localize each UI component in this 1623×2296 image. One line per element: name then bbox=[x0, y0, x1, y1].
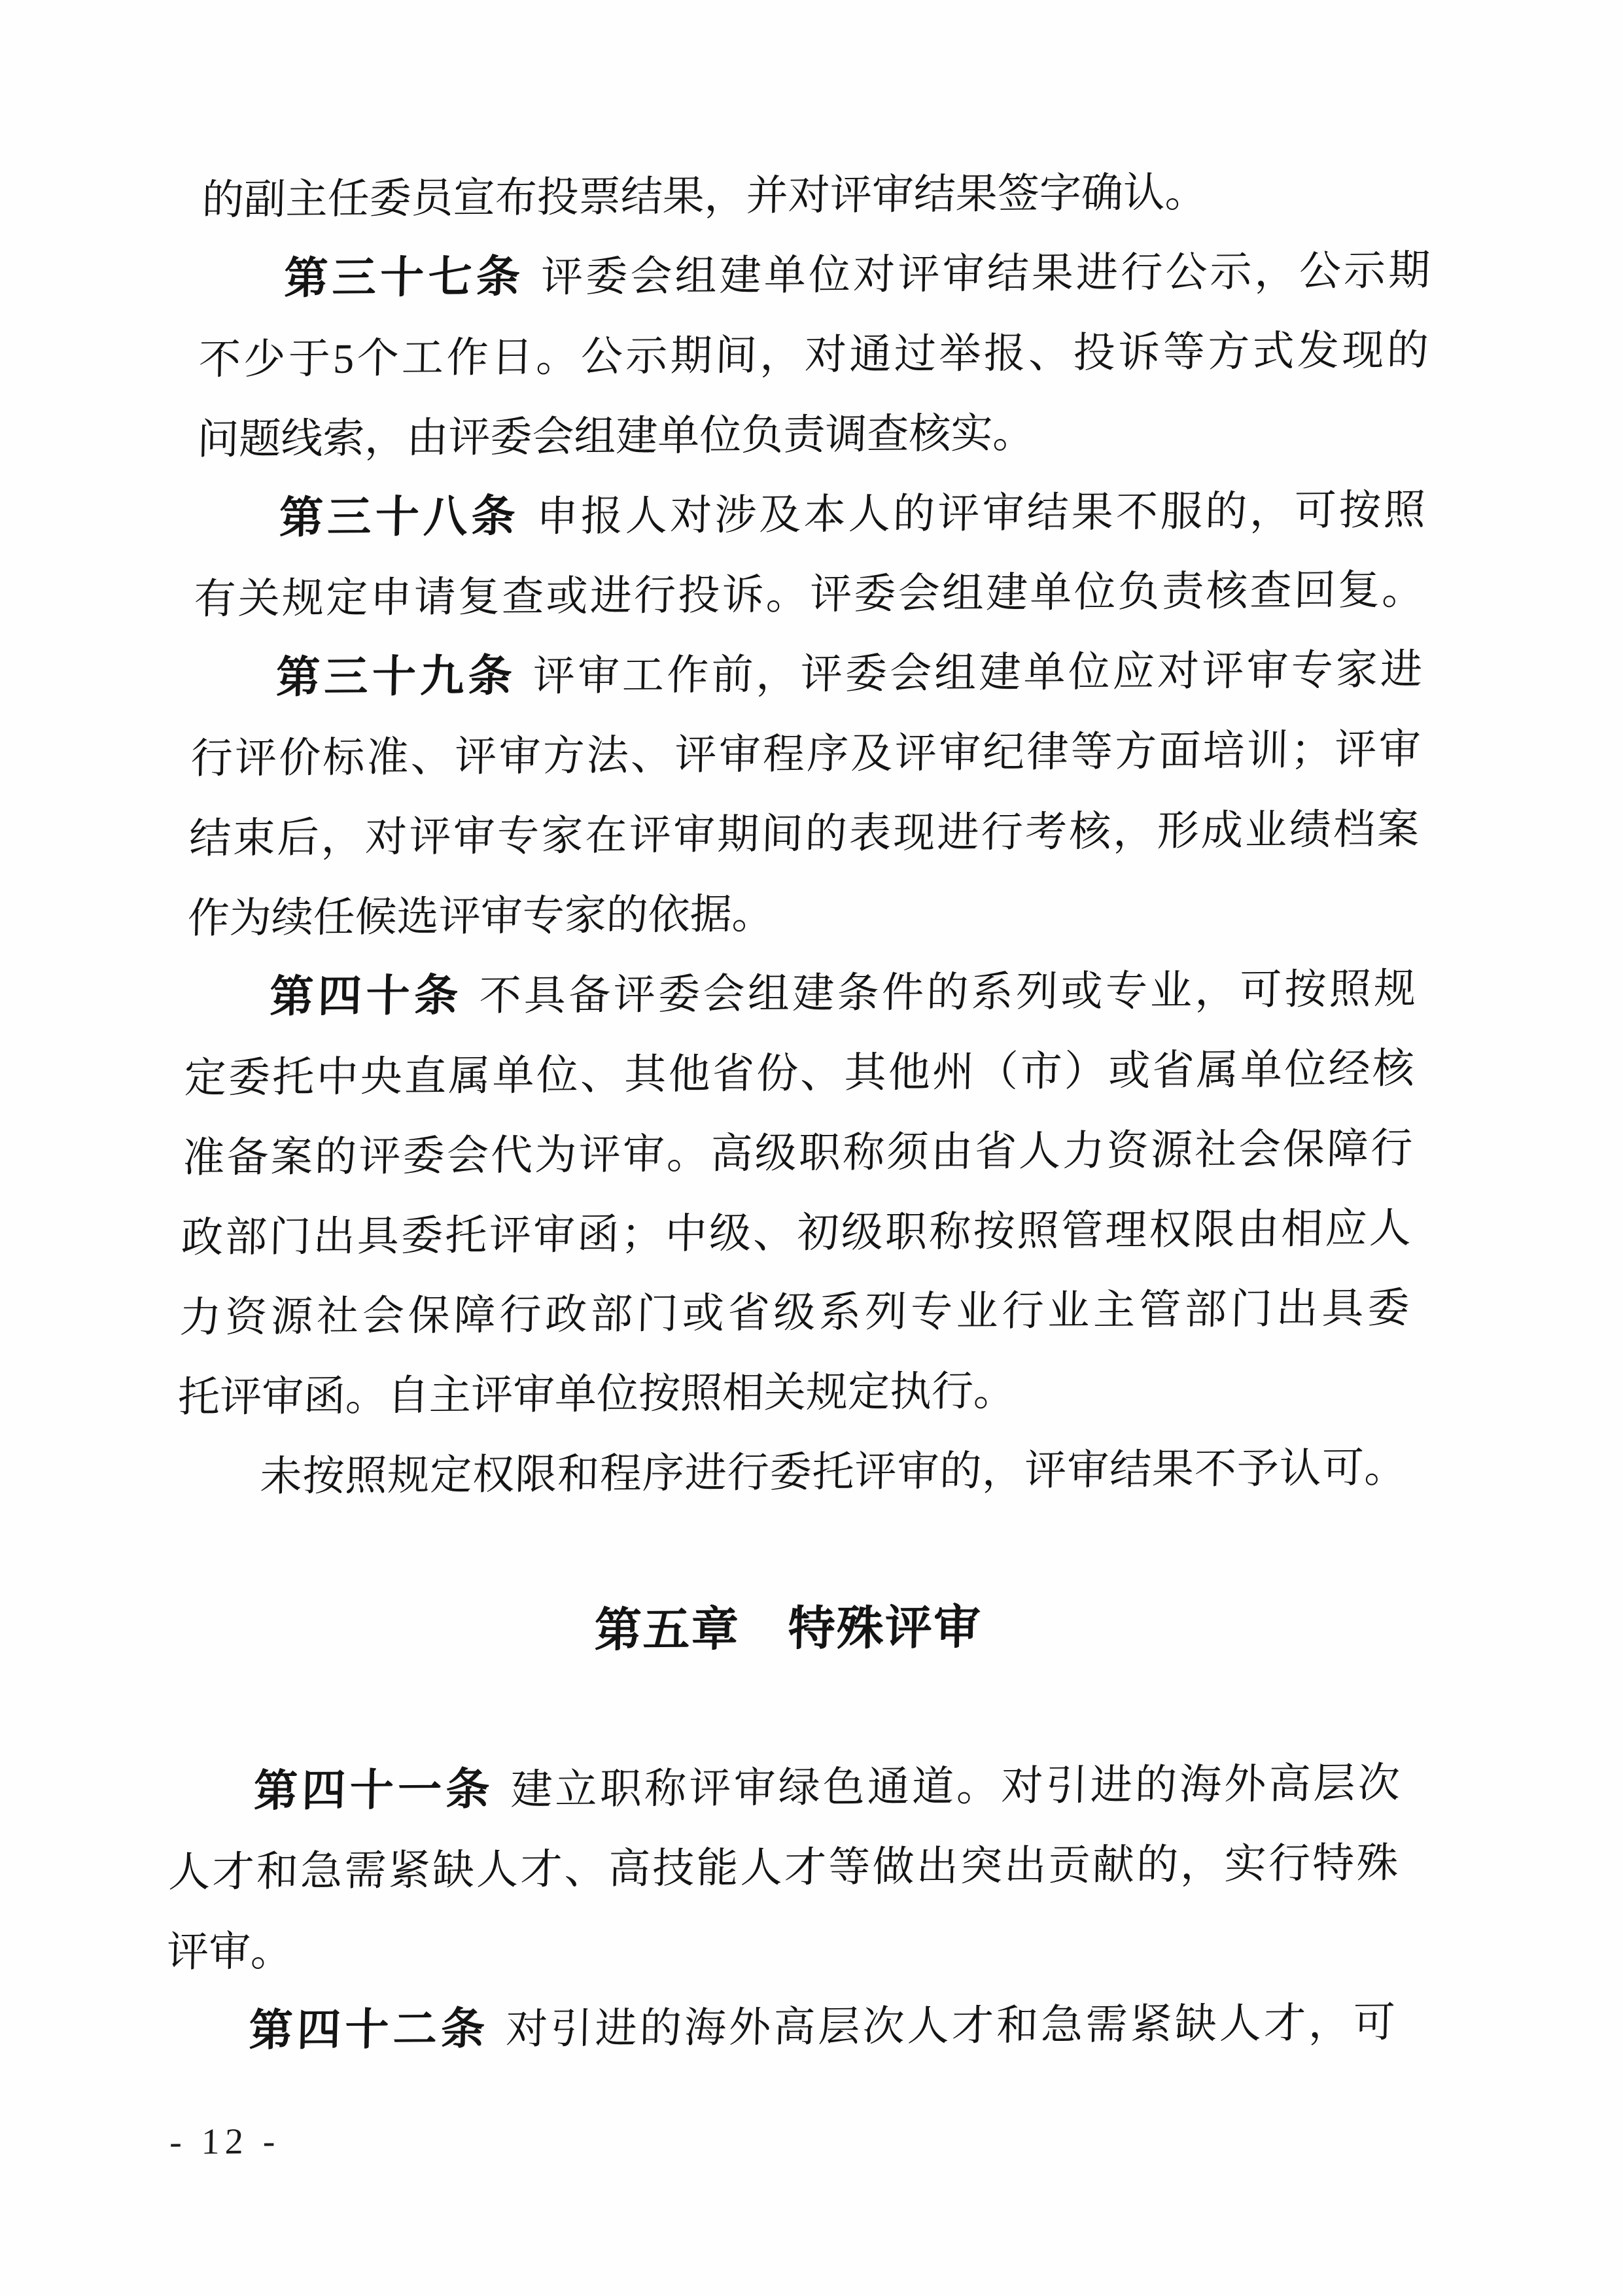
line-text: 对引进的海外高层次人才和急需紧缺人才，可 bbox=[506, 1999, 1396, 2053]
document-body: 的副主任委员宣布投票结果，并对评审结果签字确认。 第三十七条评委会组建单位对评审… bbox=[163, 150, 1433, 2163]
text-line: 准备案的评委会代为评审。高级职称须由省人力资源社会保障行 bbox=[182, 1108, 1413, 1198]
line-text: 政部门出具委托评审函；中级、初级职称按照管理权限由相应人 bbox=[181, 1205, 1411, 1261]
text-line: 第三十八条申报人对涉及本人的评审结果不服的，可按照 bbox=[195, 470, 1426, 559]
line-text: 建立职称评审绿色通道。对引进的海外高层次 bbox=[510, 1760, 1401, 1813]
text-line: 行评价标准、评审方法、评审程序及评审纪律等方面培训；评审 bbox=[190, 709, 1421, 799]
article-number: 第三十八条 bbox=[279, 492, 519, 543]
text-line: 问题线索，由评委会组建单位负责调查核实。 bbox=[196, 390, 1427, 479]
line-text: 未按照规定权限和程序进行委托评审的，评审结果不予认可。 bbox=[260, 1444, 1406, 1500]
text-line: 未按照规定权限和程序进行委托评审的，评审结果不予认可。 bbox=[175, 1427, 1406, 1517]
text-line: 评审。 bbox=[166, 1902, 1397, 1992]
line-text: 人才和急需紧缺人才、高技能人才等做出突出贡献的，实行特殊 bbox=[168, 1839, 1399, 1896]
text-line: 第四十二条对引进的海外高层次人才和急需紧缺人才，可 bbox=[164, 1982, 1395, 2072]
text-line: 托评审函。自主评审单位按照相关规定执行。 bbox=[177, 1348, 1408, 1437]
line-text: 准备案的评委会代为评审。高级职称须由省人力资源社会保障行 bbox=[183, 1125, 1413, 1181]
text-line: 不少于5个工作日。公示期间，对通过举报、投诉等方式发现的 bbox=[198, 310, 1429, 400]
article-number: 第三十七条 bbox=[284, 252, 525, 304]
line-text: 评审工作前，评委会组建单位应对评审专家进 bbox=[532, 646, 1423, 700]
text-line: 第四十条不具备评委会组建条件的系列或专业，可按照规 bbox=[185, 948, 1416, 1038]
line-text: 不具备评委会组建条件的系列或专业，可按照规 bbox=[479, 965, 1416, 1019]
text-line: 作为续任候选评审专家的依据。 bbox=[187, 869, 1418, 958]
text-line: 人才和急需紧缺人才、高技能人才等做出突出贡献的，实行特殊 bbox=[167, 1822, 1399, 1912]
line-text: 定委托中央直属单位、其他省份、其他州（市）或省属单位经核 bbox=[184, 1045, 1414, 1102]
line-text: 有关规定申请复查或进行投诉。评委会组建单位负责核查回复。 bbox=[194, 566, 1424, 623]
text-line: 的副主任委员宣布投票结果，并对评审结果签字确认。 bbox=[201, 150, 1433, 240]
text-line: 定委托中央直属单位、其他省份、其他州（市）或省属单位经核 bbox=[184, 1028, 1415, 1118]
article-number: 第三十九条 bbox=[275, 652, 516, 703]
line-text: 评委会组建单位对评审结果进行公示，公示期 bbox=[540, 247, 1431, 301]
article-number: 第四十一条 bbox=[253, 1765, 494, 1816]
page-number: - 12 - bbox=[163, 2112, 1393, 2163]
line-text: 作为续任候选评审专家的依据。 bbox=[187, 891, 774, 942]
text-line: 有关规定申请复查或进行投诉。评委会组建单位负责核查回复。 bbox=[193, 549, 1424, 639]
line-text: 托评审函。自主评审单位按照相关规定执行。 bbox=[177, 1368, 1015, 1421]
chapter-heading: 第五章 特殊评审 bbox=[173, 1584, 1404, 1674]
article-number: 第四十二条 bbox=[249, 2004, 489, 2055]
line-text: 申报人对涉及本人的评审结果不服的，可按照 bbox=[536, 487, 1426, 540]
text-line: 第四十一条建立职称评审绿色通道。对引进的海外高层次 bbox=[169, 1743, 1401, 1832]
text-line: 第三十九条评审工作前，评委会组建单位应对评审专家进 bbox=[192, 629, 1423, 719]
line-text: 评审。 bbox=[166, 1928, 292, 1975]
line-text: 的副主任委员宣布投票结果，并对评审结果签字确认。 bbox=[201, 169, 1207, 223]
text-line: 力资源社会保障行政部门或省级系列专业行业主管部门出具委 bbox=[179, 1268, 1410, 1357]
text-line: 结束后，对评审专家在评审期间的表现进行考核，形成业绩档案 bbox=[188, 789, 1420, 878]
line-text: 结束后，对评审专家在评审期间的表现进行考核，形成业绩档案 bbox=[188, 806, 1419, 862]
line-text: 行评价标准、评审方法、评审程序及评审纪律等方面培训；评审 bbox=[190, 726, 1421, 782]
line-text: 不少于5个工作日。公示期间，对通过举报、投诉等方式发现的 bbox=[198, 327, 1429, 383]
line-text: 问题线索，由评委会组建单位负责调查核实。 bbox=[197, 409, 1035, 462]
document-page: 的副主任委员宣布投票结果，并对评审结果签字确认。 第三十七条评委会组建单位对评审… bbox=[0, 0, 1623, 2296]
text-line: 政部门出具委托评审函；中级、初级职称按照管理权限由相应人 bbox=[181, 1188, 1412, 1278]
article-number: 第四十条 bbox=[270, 971, 463, 1021]
line-text: 力资源社会保障行政部门或省级系列专业行业主管部门出具委 bbox=[179, 1285, 1410, 1341]
text-line: 第三十七条评委会组建单位对评审结果进行公示，公示期 bbox=[200, 230, 1431, 320]
